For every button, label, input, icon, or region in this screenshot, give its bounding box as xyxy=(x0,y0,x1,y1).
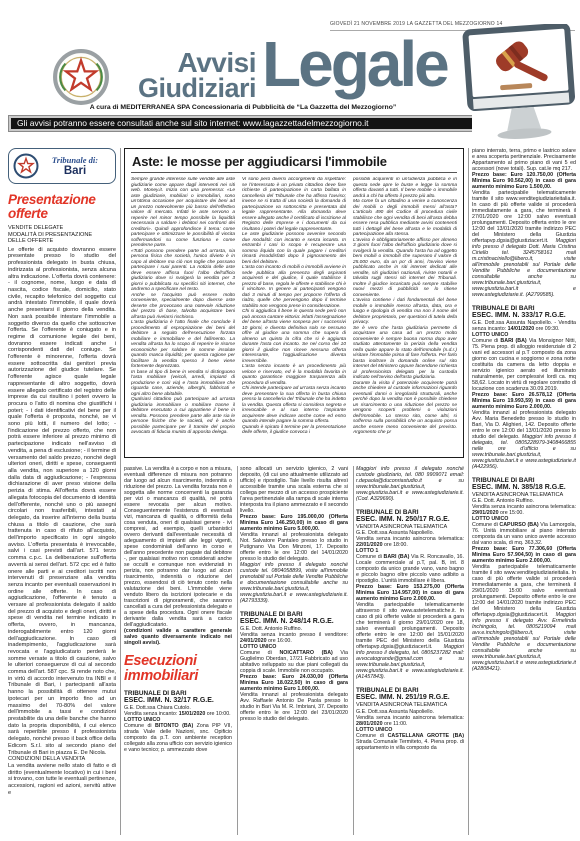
listing-body: G.E. Dott. Antonio Ruffino. Vendita senz… xyxy=(240,626,348,722)
article-column-2: Vi sono però diversi accorgimenti da ris… xyxy=(242,177,346,449)
listing-court: TRIBUNALE DI BARI xyxy=(472,305,576,312)
sidebar: Tribunale di: Bari Presentazione offerte… xyxy=(8,148,116,835)
masthead-tagline: A cura di MEDITERRANEA SPA Concessionari… xyxy=(28,104,458,111)
listing-body: G.E. Dott.ssa Assunta Napoliello. - Vend… xyxy=(472,320,576,470)
masthead-title-legale: Legale xyxy=(262,32,447,96)
auction-listing: TRIBUNALE DI BARI ESEC. IMM. N. 251/19 R… xyxy=(356,687,464,750)
listing-continuation-text: sono allocati un servizio igienico, 2 va… xyxy=(240,466,348,604)
lower-column-1: passive. La vendita è a corpo e non a mi… xyxy=(124,466,232,835)
newspaper-page: { "masthead": { "date_line": "GIOVEDÌ 21… xyxy=(0,0,580,841)
justice-emblem-icon xyxy=(13,153,39,179)
article-column-1: Sempre grande interesse sulle vendite al… xyxy=(131,177,235,449)
sidebar-intro-caps: VENDITE DELEGATE MODALITÀ DI PRESENTAZIO… xyxy=(8,225,116,245)
section-title-esecuzioni-immobiliari: Esecuzioni immobiliari xyxy=(124,654,232,683)
listing-case-number: ESEC. IMM. N. 248/14 R.G.E. xyxy=(240,618,348,626)
section-title-presentazione-offerte: Presentazione offerte xyxy=(8,193,116,220)
listing-case-number: ESEC. IMM. N. 333/17 R.G.E. xyxy=(472,312,576,320)
auction-listing: TRIBUNALE DI BARI ESEC. IMM. N. 333/17 R… xyxy=(472,305,576,470)
listing-court: TRIBUNALE DI BARI xyxy=(472,477,576,484)
listing-body: G.E. Dott.ssa Assunta Napoliello. Vendit… xyxy=(356,709,464,751)
auction-listing: TRIBUNALE DI BARI ESEC. IMM. N. 250/17 R… xyxy=(356,509,464,680)
tribunale-name: Bari xyxy=(39,165,111,177)
lower-column-2: sono allocati un servizio igienico, 2 va… xyxy=(240,466,348,835)
article-column-3: possibili acquirenti in un'udienza pubbl… xyxy=(353,177,457,449)
listing-continuation-text: piano interrato, terra, primo e lastrico… xyxy=(472,148,576,298)
tribunale-label: Tribunale di: xyxy=(39,155,111,165)
auction-listing: TRIBUNALE DI BARI ESEC. IMM. N. 32/17 R.… xyxy=(124,690,232,753)
masthead-title-avvisi: Avvisi xyxy=(98,50,256,76)
monitor-gavel-icon xyxy=(448,24,578,150)
sidebar-body-text: Le offerte di acquisto dovranno essere p… xyxy=(8,247,116,797)
column-divider xyxy=(120,148,121,835)
masthead-title-small: Avvisi Giudiziari xyxy=(98,50,256,101)
listing-body: G.E. Dott.ssa Assunta Napoliello. Vendit… xyxy=(356,530,464,680)
right-column: piano interrato, terra, primo e lastrico… xyxy=(472,148,576,835)
tribunale-box: Tribunale di: Bari xyxy=(8,148,116,184)
listing-court: TRIBUNALE DI BARI xyxy=(356,687,464,694)
headline-rule xyxy=(131,172,457,173)
listing-case-number: ESEC. IMM. N. 250/17 R.G.E. xyxy=(356,516,464,524)
masthead-title-giudiziari: Giudiziari xyxy=(98,76,256,101)
listing-body: G.E. Dott. Antonio Ruffino. Vendita senz… xyxy=(472,498,576,672)
column-divider xyxy=(237,466,238,835)
auction-listing: TRIBUNALE DI BARI ESEC. IMM. N. 385/18 R… xyxy=(472,477,576,672)
listing-case-number: ESEC. IMM. N. 32/17 R.G.E. xyxy=(124,697,232,705)
listing-court: TRIBUNALE DI BARI xyxy=(356,509,464,516)
listing-court: TRIBUNALE DI BARI xyxy=(240,611,348,618)
article-headline: Aste: le mosse per aggiudicarsi l'immobi… xyxy=(132,154,457,169)
listing-info-text: Maggiori info presso il delegato nonché … xyxy=(356,466,464,502)
conditions-continuation-text: passive. La vendita è a corpo e non a mi… xyxy=(124,466,232,646)
listing-body: G.E. Dott.ssa Chiara Cutolo. Vendita sen… xyxy=(124,705,232,753)
column-divider xyxy=(468,148,469,835)
auction-listing: TRIBUNALE DI BARI ESEC. IMM. N. 248/14 R… xyxy=(240,611,348,722)
lower-column-3: Maggiori info presso il delegato nonché … xyxy=(356,466,464,835)
listing-case-number: ESEC. IMM. N. 251/19 R.G.E. xyxy=(356,694,464,702)
listing-court: TRIBUNALE DI BARI xyxy=(124,690,232,697)
listing-case-number: ESEC. IMM. N. 385/18 R.G.E. xyxy=(472,484,576,492)
column-divider xyxy=(353,466,354,835)
article-box: Aste: le mosse per aggiudicarsi l'immobi… xyxy=(124,148,464,458)
